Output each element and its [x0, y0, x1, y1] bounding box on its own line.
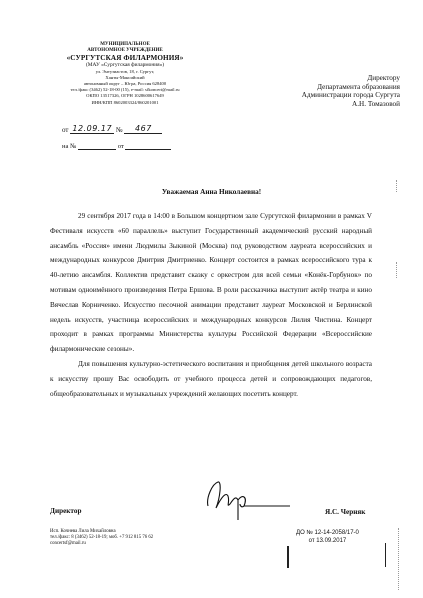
signatory-name: Я.С. Черняк	[325, 508, 365, 516]
addressee-line-3: Администрации города Сургута	[240, 91, 400, 100]
executor-block: Исп. Кочнева Лила Михайловна тел./факс: …	[50, 529, 153, 548]
addressee-line-1: Директору	[240, 74, 400, 83]
signatory-title: Директор	[50, 507, 81, 515]
reply-number-label: на №	[62, 143, 76, 150]
scan-edge-dots	[396, 262, 397, 278]
incoming-date: от 13.09.2017	[296, 538, 359, 546]
scan-mark	[287, 546, 289, 568]
incoming-number: ДО № 12-14-2058/17-0	[296, 530, 359, 538]
reply-date-field	[125, 142, 171, 150]
letterhead: МУНИЦИПАЛЬНОЕ АВТОНОМНОЕ УЧРЕЖДЕНИЕ «СУР…	[50, 42, 200, 106]
outgoing-date: 12.09.17	[70, 124, 114, 134]
from-label: от	[62, 126, 68, 134]
handwritten-signature-icon	[200, 478, 300, 524]
addressee-line-4: А.Н. Томазовой	[240, 100, 400, 109]
greeting: Уважаемая Анна Николаевна!	[0, 188, 423, 196]
reply-to-registration: на № от	[62, 142, 171, 150]
scan-edge-dots	[396, 180, 397, 192]
number-label: №	[116, 126, 123, 134]
addressee-block: Директору Департамента образования Админ…	[240, 74, 400, 108]
outgoing-registration: от 12.09.17 № 467	[62, 124, 162, 134]
executor-email: concertsf@mail.ru	[50, 541, 153, 547]
inn-kpp: ИНН/КПП 8602003324/860201001	[50, 100, 200, 106]
addressee-line-2: Департамента образования	[240, 83, 400, 92]
scan-edge-dots	[398, 528, 399, 590]
body-paragraph-2: Для повышения культурно-эстетического во…	[50, 357, 372, 401]
incoming-registration-stamp: ДО № 12-14-2058/17-0 от 13.09.2017	[296, 530, 359, 545]
scan-mark	[385, 543, 386, 567]
letter-body: 29 сентября 2017 года в 14:00 в Большом …	[50, 209, 372, 401]
reply-from-label: от	[118, 143, 124, 150]
outgoing-number: 467	[124, 124, 162, 134]
reply-number-field	[78, 142, 116, 150]
body-paragraph-1: 29 сентября 2017 года в 14:00 в Большом …	[50, 209, 372, 357]
